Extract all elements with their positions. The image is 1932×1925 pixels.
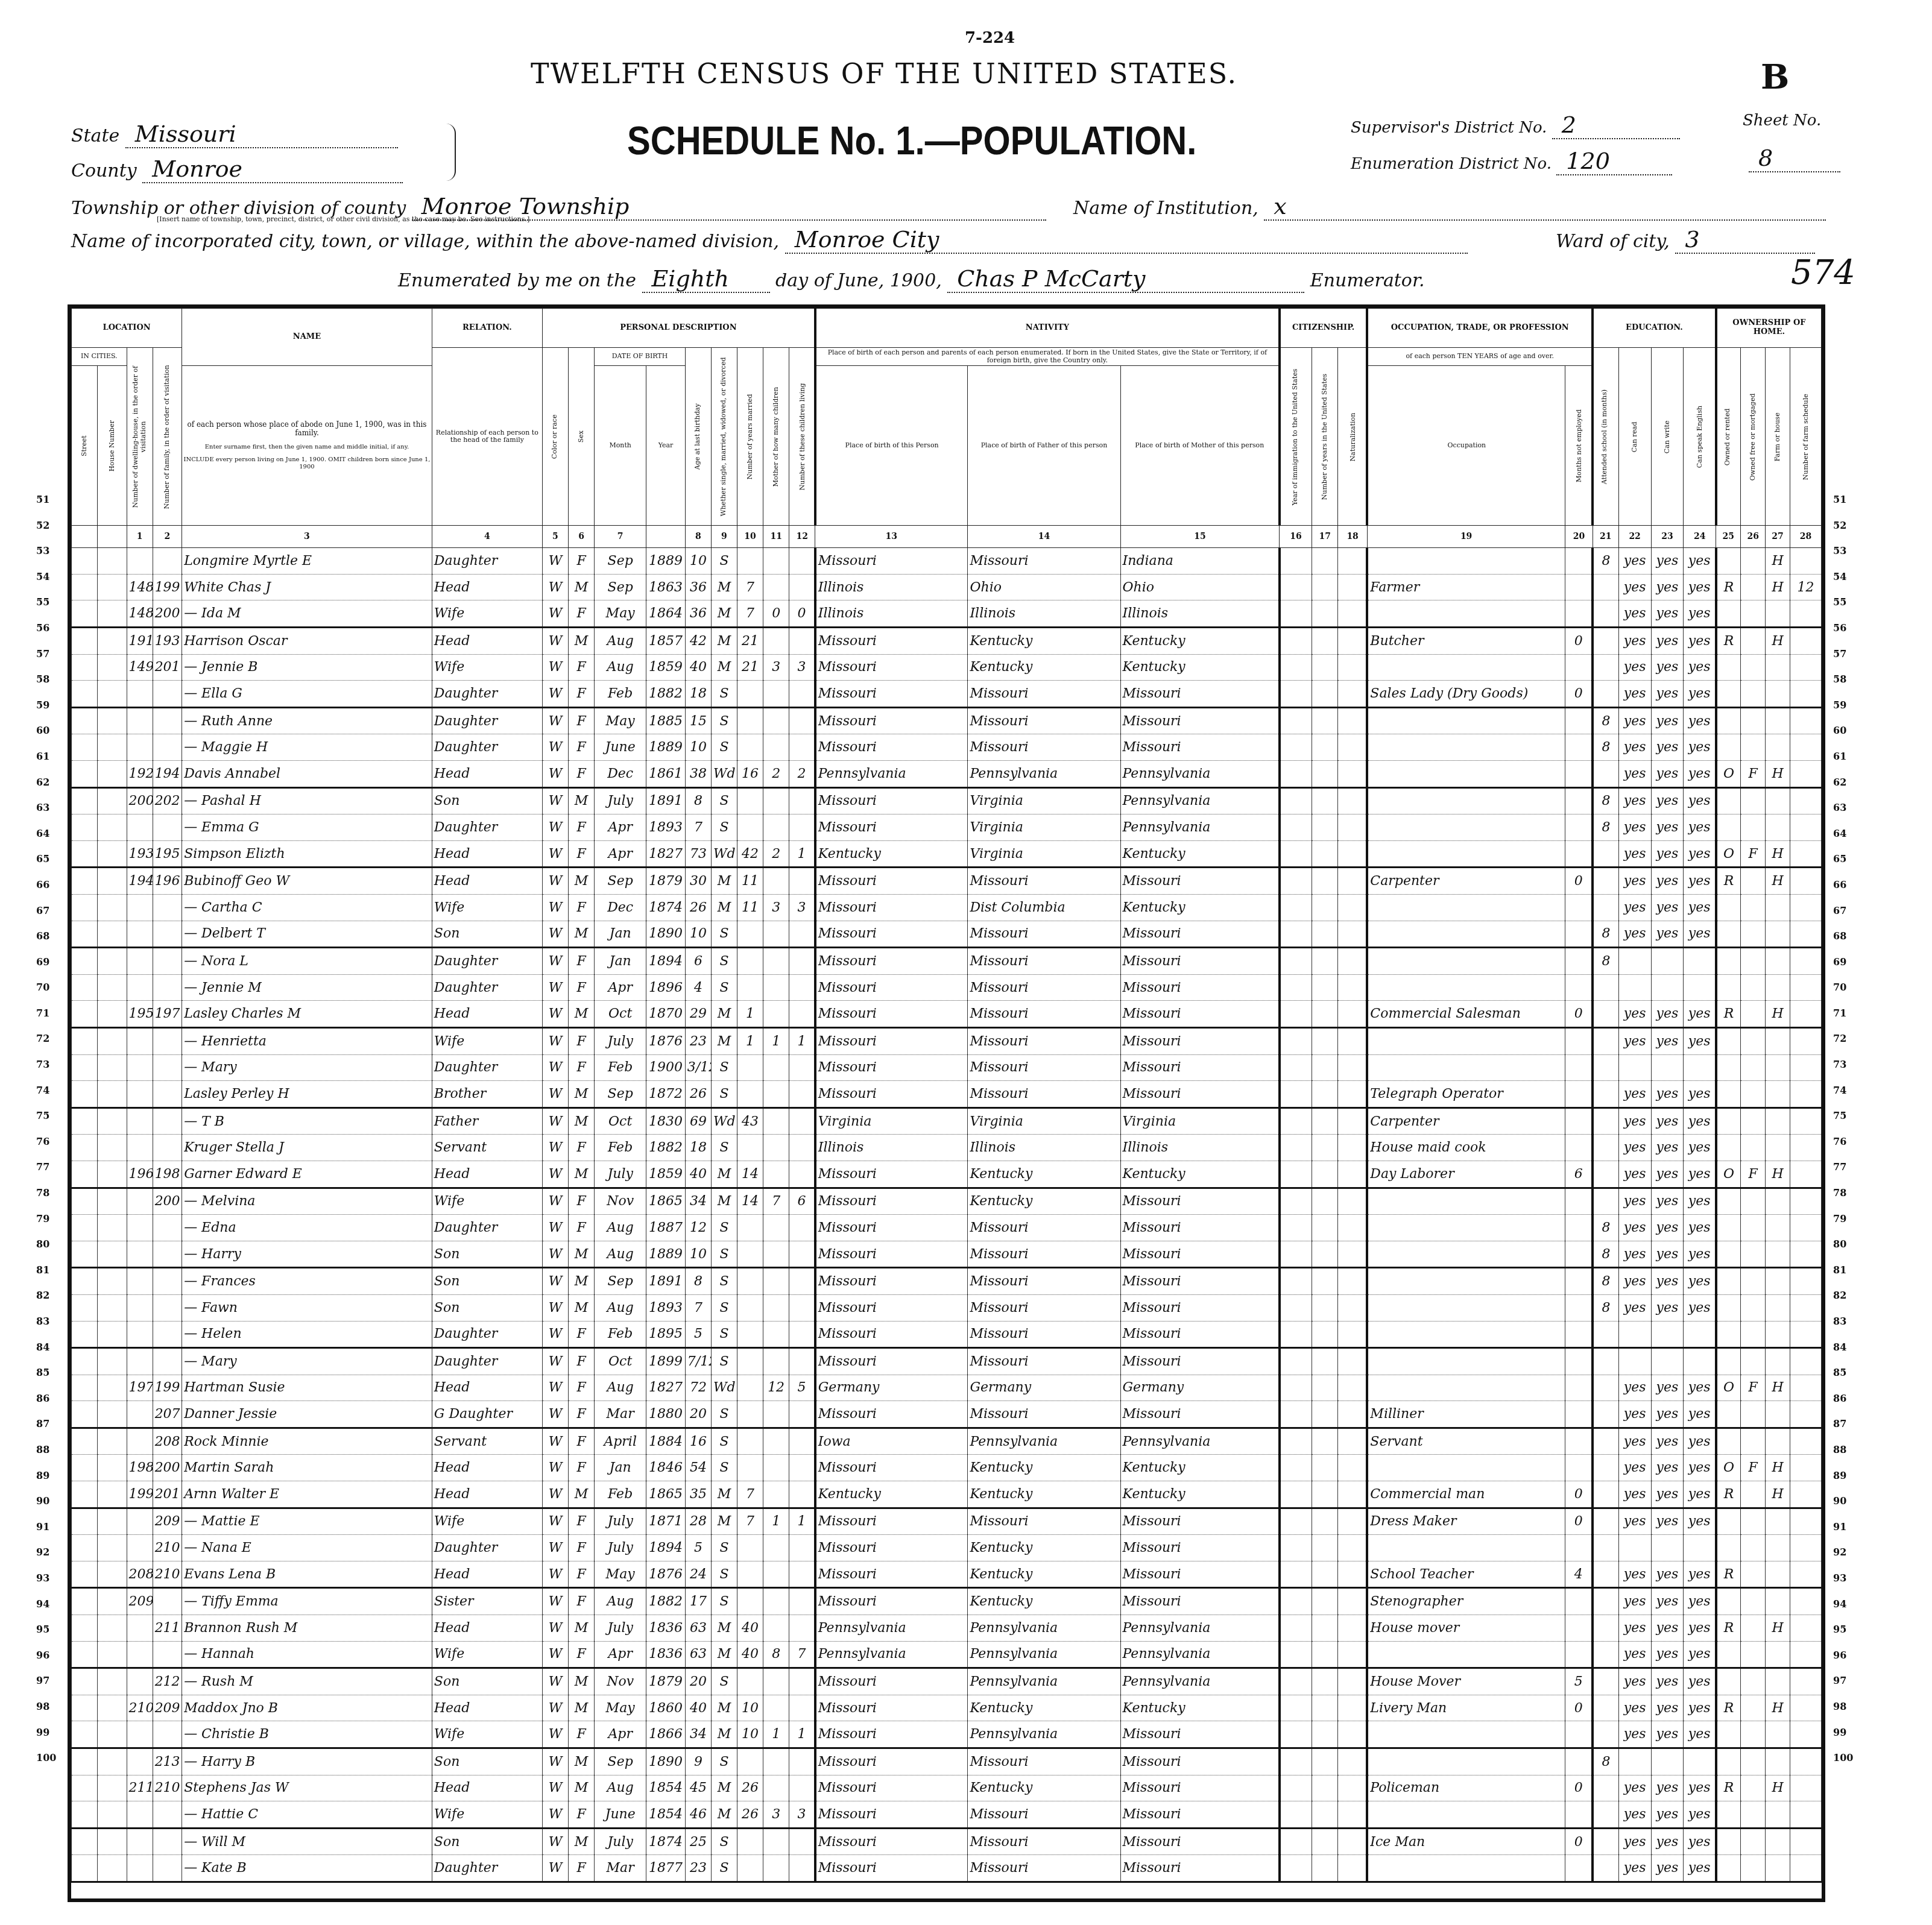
cell-birthplace: Illinois [815,574,968,600]
cell-farm-schedule [1790,681,1822,708]
cell-immigration-year [1280,1615,1312,1642]
cell-birthplace: Missouri [815,1081,968,1108]
line-number: 53 [36,538,60,564]
cell-marital-status: M [711,1001,737,1028]
cell-birth-year: 1882 [646,1135,686,1161]
cell-farm-house [1766,1668,1790,1695]
cell-relation: Daughter [432,1855,542,1882]
cell-speaks-english: yes [1684,1375,1716,1401]
cell-speaks-english: yes [1684,654,1716,681]
cell-relation: Daughter [432,707,542,734]
cell-birthplace: Missouri [815,1695,968,1721]
cell-race: W [542,1401,568,1428]
cell-farm-schedule [1790,787,1822,814]
cell-race: W [542,1535,568,1561]
cell-sex: M [569,868,595,895]
cell-street [72,840,98,868]
cell-can-read: yes [1618,1668,1651,1695]
cell-can-write: yes [1651,574,1684,600]
cell-can-read: yes [1618,707,1651,734]
cell-school-months [1593,628,1618,655]
cell-street [72,1241,98,1268]
cell-birthplace: Missouri [815,1455,968,1481]
cell-birth-year: 1870 [646,1001,686,1028]
cell-person-name: — Delbert T [182,921,432,948]
cell-school-months [1593,1481,1618,1508]
line-number: 56 [36,616,60,641]
cell-race: W [542,681,568,708]
cell-person-name: — Mary [182,1054,432,1081]
cell-children-living [789,787,815,814]
cell-mother-birthplace: Missouri [1120,1775,1280,1801]
cell-school-months: 8 [1593,1294,1618,1321]
cell-age: 30 [685,868,711,895]
cell-age: 40 [685,1695,711,1721]
line-number: 58 [1833,667,1863,693]
cell-race: W [542,761,568,788]
cell-relation: Father [432,1107,542,1135]
cell-speaks-english [1684,974,1716,1001]
cell-farm-schedule [1790,868,1822,895]
cell-mother-of [763,707,789,734]
cell-relation: Daughter [432,1215,542,1241]
cell-occupation [1367,1054,1565,1081]
cell-race: W [542,1054,568,1081]
group-personal: PERSONAL DESCRIPTION [542,309,815,348]
table-row: 149201— Jennie BWifeWFAug185940M2133Miss… [72,654,1822,681]
cell-farm-schedule [1790,1615,1822,1642]
cell-owned-rented [1716,1215,1741,1241]
cell-birthplace: Illinois [815,600,968,628]
cell-birth-year: 1884 [646,1428,686,1455]
column-number [646,526,686,548]
cell-birth-year: 1846 [646,1455,686,1481]
cell-marital-status: M [711,895,737,921]
line-numbers-right: 5152535455565758596061626364656667686970… [1833,487,1863,1771]
cell-birth-year: 1894 [646,948,686,975]
line-number: 95 [36,1617,60,1643]
cell-can-read: yes [1618,1401,1651,1428]
cell-school-months [1593,1775,1618,1801]
cell-can-read: yes [1618,1215,1651,1241]
cell-can-read: yes [1618,1481,1651,1508]
cell-mother-of [763,1748,789,1775]
col-immigration-year: Year of immigration to the United States [1280,348,1312,526]
cell-immigration-year [1280,1161,1312,1188]
cell-relation: Daughter [432,814,542,841]
cell-street [72,1001,98,1028]
table-row: — Ella GDaughterWFFeb188218SMissouriMiss… [72,681,1822,708]
cell-school-months [1593,895,1618,921]
cell-mother-of [763,1268,789,1295]
cell-mother-birthplace: Pennsylvania [1120,814,1280,841]
cell-years-in-us [1312,1828,1338,1855]
cell-school-months [1593,1321,1618,1348]
table-row: Lasley Perley HBrotherWMSep187226SMissou… [72,1081,1822,1108]
cell-age: 20 [685,1668,711,1695]
cell-birth-year: 1882 [646,681,686,708]
cell-children-living [789,1588,815,1615]
cell-school-months [1593,1695,1618,1721]
cell-months-unemployed [1565,1721,1593,1748]
cell-mother-birthplace: Missouri [1120,1748,1280,1775]
cell-speaks-english: yes [1684,1135,1716,1161]
line-number: 59 [1833,693,1863,719]
cell-owned-rented [1716,1107,1741,1135]
cell-immigration-year [1280,1775,1312,1801]
cell-mother-birthplace: Missouri [1120,1561,1280,1588]
cell-street [72,787,98,814]
cell-father-birthplace: Missouri [968,1348,1120,1375]
cell-farm-schedule [1790,1241,1822,1268]
cell-birth-month: July [595,1161,646,1188]
cell-can-write: yes [1651,921,1684,948]
cell-mother-of [763,974,789,1001]
cell-farm-schedule [1790,1641,1822,1668]
cell-years-in-us [1312,654,1338,681]
cell-speaks-english: yes [1684,921,1716,948]
cell-can-write: yes [1651,1428,1684,1455]
cell-age: 23 [685,1027,711,1054]
cell-free-mortgaged [1741,1135,1766,1161]
cell-free-mortgaged [1741,1188,1766,1215]
cell-years-in-us [1312,1535,1338,1561]
cell-naturalization [1338,1375,1367,1401]
cell-years-married [737,1081,763,1108]
line-number: 70 [1833,975,1863,1001]
cell-school-months [1593,1801,1618,1829]
line-number: 86 [1833,1386,1863,1412]
cell-sex: F [569,1561,595,1588]
cell-marital-status: M [711,1721,737,1748]
cell-can-write: yes [1651,1001,1684,1028]
cell-mother-of [763,628,789,655]
cell-mother-birthplace: Missouri [1120,707,1280,734]
line-number: 89 [1833,1463,1863,1489]
cell-years-married [737,1294,763,1321]
cell-race: W [542,974,568,1001]
cell-school-months: 8 [1593,814,1618,841]
cell-mother-birthplace: Missouri [1120,1801,1280,1829]
cell-naturalization [1338,1481,1367,1508]
cell-free-mortgaged [1741,1695,1766,1721]
cell-dwelling-number [127,1321,153,1348]
cell-farm-schedule [1790,1401,1822,1428]
cell-can-read: yes [1618,1561,1651,1588]
cell-age: 72 [685,1375,711,1401]
cell-can-read: yes [1618,1001,1651,1028]
line-number: 66 [36,872,60,898]
cell-years-in-us [1312,1748,1338,1775]
cell-race: W [542,734,568,761]
cell-birth-month: May [595,1695,646,1721]
cell-immigration-year [1280,761,1312,788]
census-title: TWELFTH CENSUS OF THE UNITED STATES. [531,57,1237,90]
cell-can-read: yes [1618,654,1651,681]
cell-race: W [542,1721,568,1748]
cell-farm-schedule: 12 [1790,574,1822,600]
cell-owned-rented: R [1716,868,1741,895]
table-row: — T BFatherWMOct183069Wd43VirginiaVirgin… [72,1107,1822,1135]
cell-occupation: Carpenter [1367,1107,1565,1135]
cell-dwelling-number: 196 [127,1161,153,1188]
cell-months-unemployed [1565,1107,1593,1135]
cell-years-in-us [1312,840,1338,868]
group-nativity: NATIVITY [815,309,1280,348]
cell-birthplace: Missouri [815,1508,968,1535]
cell-marital-status: S [711,1401,737,1428]
cell-birthplace: Pennsylvania [815,761,968,788]
cell-can-read: yes [1618,548,1651,575]
cell-sex: F [569,974,595,1001]
cell-mother-birthplace: Missouri [1120,734,1280,761]
cell-school-months: 8 [1593,787,1618,814]
line-number: 80 [1833,1232,1863,1258]
cell-marital-status: S [711,707,737,734]
cell-free-mortgaged [1741,1721,1766,1748]
cell-mother-birthplace: Missouri [1120,921,1280,948]
cell-person-name: — Harry [182,1241,432,1268]
cell-street [72,974,98,1001]
cell-birth-year: 1863 [646,574,686,600]
cell-birthplace: Missouri [815,1561,968,1588]
table-row: — FrancesSonWMSep18918SMissouriMissouriM… [72,1268,1822,1295]
cell-family-number [153,1348,182,1375]
table-row: — HenriettaWifeWFJuly187623M111MissouriM… [72,1027,1822,1054]
cell-dwelling-number: 195 [127,1001,153,1028]
page-stamp: 574 [1791,253,1855,292]
cell-speaks-english: yes [1684,1401,1716,1428]
cell-father-birthplace: Missouri [968,1508,1120,1535]
cell-family-number: 210 [153,1775,182,1801]
cell-years-married: 10 [737,1721,763,1748]
cell-mother-of [763,1481,789,1508]
cell-occupation [1367,600,1565,628]
cell-can-read: yes [1618,734,1651,761]
cell-free-mortgaged: F [1741,1455,1766,1481]
cell-sex: M [569,1695,595,1721]
line-number: 91 [1833,1514,1863,1540]
cell-marital-status: M [711,868,737,895]
cell-immigration-year [1280,1401,1312,1428]
column-number: 27 [1766,526,1790,548]
table-row: 211Brannon Rush MHeadWMJuly183663M40Penn… [72,1615,1822,1642]
cell-dwelling-number [127,1721,153,1748]
cell-mother-birthplace: Missouri [1120,1001,1280,1028]
cell-occupation: Servant [1367,1428,1565,1455]
cell-speaks-english [1684,1054,1716,1081]
cell-father-birthplace: Missouri [968,1215,1120,1241]
cell-mother-birthplace: Missouri [1120,1027,1280,1054]
cell-birth-month: Mar [595,1855,646,1882]
cell-free-mortgaged [1741,1027,1766,1054]
cell-farm-house [1766,1508,1790,1535]
cell-dwelling-number: 192 [127,761,153,788]
cell-race: W [542,1081,568,1108]
cell-family-number [153,734,182,761]
cell-birth-month: Sep [595,1268,646,1295]
cell-race: W [542,1668,568,1695]
cell-house-number [98,1855,127,1882]
cell-sex: F [569,1801,595,1829]
cell-father-birthplace: Kentucky [968,654,1120,681]
cell-naturalization [1338,1561,1367,1588]
cell-months-unemployed [1565,654,1593,681]
cell-birth-year: 1879 [646,1668,686,1695]
cell-race: W [542,707,568,734]
cell-free-mortgaged [1741,1215,1766,1241]
cell-race: W [542,1321,568,1348]
col-years-married: Number of years married [737,348,763,526]
cell-mother-birthplace: Missouri [1120,1348,1280,1375]
cell-children-living [789,948,815,975]
cell-house-number [98,1481,127,1508]
cell-street [72,1855,98,1882]
cell-birth-month: July [595,1027,646,1054]
cell-can-write: yes [1651,1294,1684,1321]
cell-birthplace: Missouri [815,1321,968,1348]
cell-race: W [542,548,568,575]
cell-sex: F [569,814,595,841]
cell-speaks-english: yes [1684,1455,1716,1481]
cell-age: 4 [685,974,711,1001]
line-number: 84 [1833,1335,1863,1361]
cell-person-name: — Mary [182,1348,432,1375]
cell-children-living [789,1321,815,1348]
cell-sex: M [569,1294,595,1321]
cell-naturalization [1338,840,1367,868]
cell-occupation [1367,787,1565,814]
cell-marital-status: S [711,1535,737,1561]
cell-marital-status: M [711,600,737,628]
cell-years-in-us [1312,1241,1338,1268]
cell-street [72,1321,98,1348]
cell-children-living [789,1775,815,1801]
column-number-row: 1234567891011121314151617181920212223242… [72,526,1822,548]
cell-dwelling-number [127,1135,153,1161]
cell-marital-status: M [711,1801,737,1829]
cell-house-number [98,1241,127,1268]
cell-speaks-english: yes [1684,1161,1716,1188]
line-number: 81 [1833,1258,1863,1284]
cell-person-name: Rock Minnie [182,1428,432,1455]
cell-school-months: 8 [1593,734,1618,761]
cell-family-number [153,1107,182,1135]
cell-can-write: yes [1651,1188,1684,1215]
cell-birth-year: 1859 [646,1161,686,1188]
line-number: 78 [36,1180,60,1206]
cell-naturalization [1338,1241,1367,1268]
city-value: Monroe City [785,226,1468,254]
cell-street [72,707,98,734]
cell-can-write: yes [1651,1855,1684,1882]
cell-can-write: yes [1651,1828,1684,1855]
cell-occupation: Policeman [1367,1775,1565,1801]
cell-family-number [153,948,182,975]
cell-street [72,948,98,975]
cell-years-in-us [1312,681,1338,708]
cell-speaks-english: yes [1684,1268,1716,1295]
cell-speaks-english [1684,948,1716,975]
cell-years-married [737,974,763,1001]
cell-sex: F [569,1641,595,1668]
cell-birth-month: Aug [595,1241,646,1268]
cell-years-married: 14 [737,1161,763,1188]
cell-can-read: yes [1618,1721,1651,1748]
cell-free-mortgaged [1741,1428,1766,1455]
cell-months-unemployed [1565,1401,1593,1428]
cell-immigration-year [1280,1348,1312,1375]
cell-years-married: 11 [737,868,763,895]
cell-school-months: 8 [1593,1215,1618,1241]
cell-birth-year: 1866 [646,1721,686,1748]
cell-street [72,574,98,600]
cell-birth-year: 1890 [646,1748,686,1775]
cell-farm-house [1766,1241,1790,1268]
cell-birthplace: Missouri [815,1855,968,1882]
cell-mother-of [763,948,789,975]
cell-free-mortgaged [1741,681,1766,708]
column-number: 8 [685,526,711,548]
line-number: 82 [36,1283,60,1309]
cell-farm-house [1766,1107,1790,1135]
cell-mother-birthplace: Missouri [1120,974,1280,1001]
cell-farm-house [1766,974,1790,1001]
cell-birth-month: Feb [595,1321,646,1348]
cell-sex: F [569,1348,595,1375]
cell-birth-month: Sep [595,548,646,575]
cell-years-married [737,921,763,948]
census-rows: Longmire Myrtle EDaughterWFSep188910SMis… [72,548,1822,1882]
cell-family-number [153,1855,182,1882]
cell-months-unemployed [1565,707,1593,734]
cell-sex: M [569,921,595,948]
line-number: 76 [36,1129,60,1155]
cell-years-married: 42 [737,840,763,868]
cell-years-in-us [1312,1668,1338,1695]
cell-owned-rented [1716,1054,1741,1081]
cell-immigration-year [1280,1481,1312,1508]
cell-years-in-us [1312,1455,1338,1481]
cell-years-married [737,1054,763,1081]
cell-house-number [98,548,127,575]
cell-family-number: 197 [153,1001,182,1028]
cell-family-number: 200 [153,1455,182,1481]
cell-birth-month: Nov [595,1668,646,1695]
cell-free-mortgaged [1741,1107,1766,1135]
column-number: 13 [815,526,968,548]
cell-birth-year: 1864 [646,600,686,628]
cell-dwelling-number: 148 [127,600,153,628]
cell-house-number [98,1695,127,1721]
nativity-desc: Place of birth of each person and parent… [815,348,1280,366]
cell-sex: F [569,1027,595,1054]
cell-naturalization [1338,761,1367,788]
column-number: 18 [1338,526,1367,548]
line-number: 63 [36,795,60,821]
cell-father-birthplace: Kentucky [968,1455,1120,1481]
cell-farm-schedule [1790,1081,1822,1108]
cell-immigration-year [1280,1428,1312,1455]
cell-birth-month: Jan [595,948,646,975]
column-number: 9 [711,526,737,548]
supervisor-district-field: Supervisor's District No. 2 [1351,112,1680,139]
cell-dwelling-number [127,1428,153,1455]
sheet-no-label: Sheet No. [1743,112,1821,130]
cell-birth-year: 1854 [646,1775,686,1801]
table-row: — MaryDaughterWFOct18997/12SMissouriMiss… [72,1348,1822,1375]
cell-age: 26 [685,895,711,921]
